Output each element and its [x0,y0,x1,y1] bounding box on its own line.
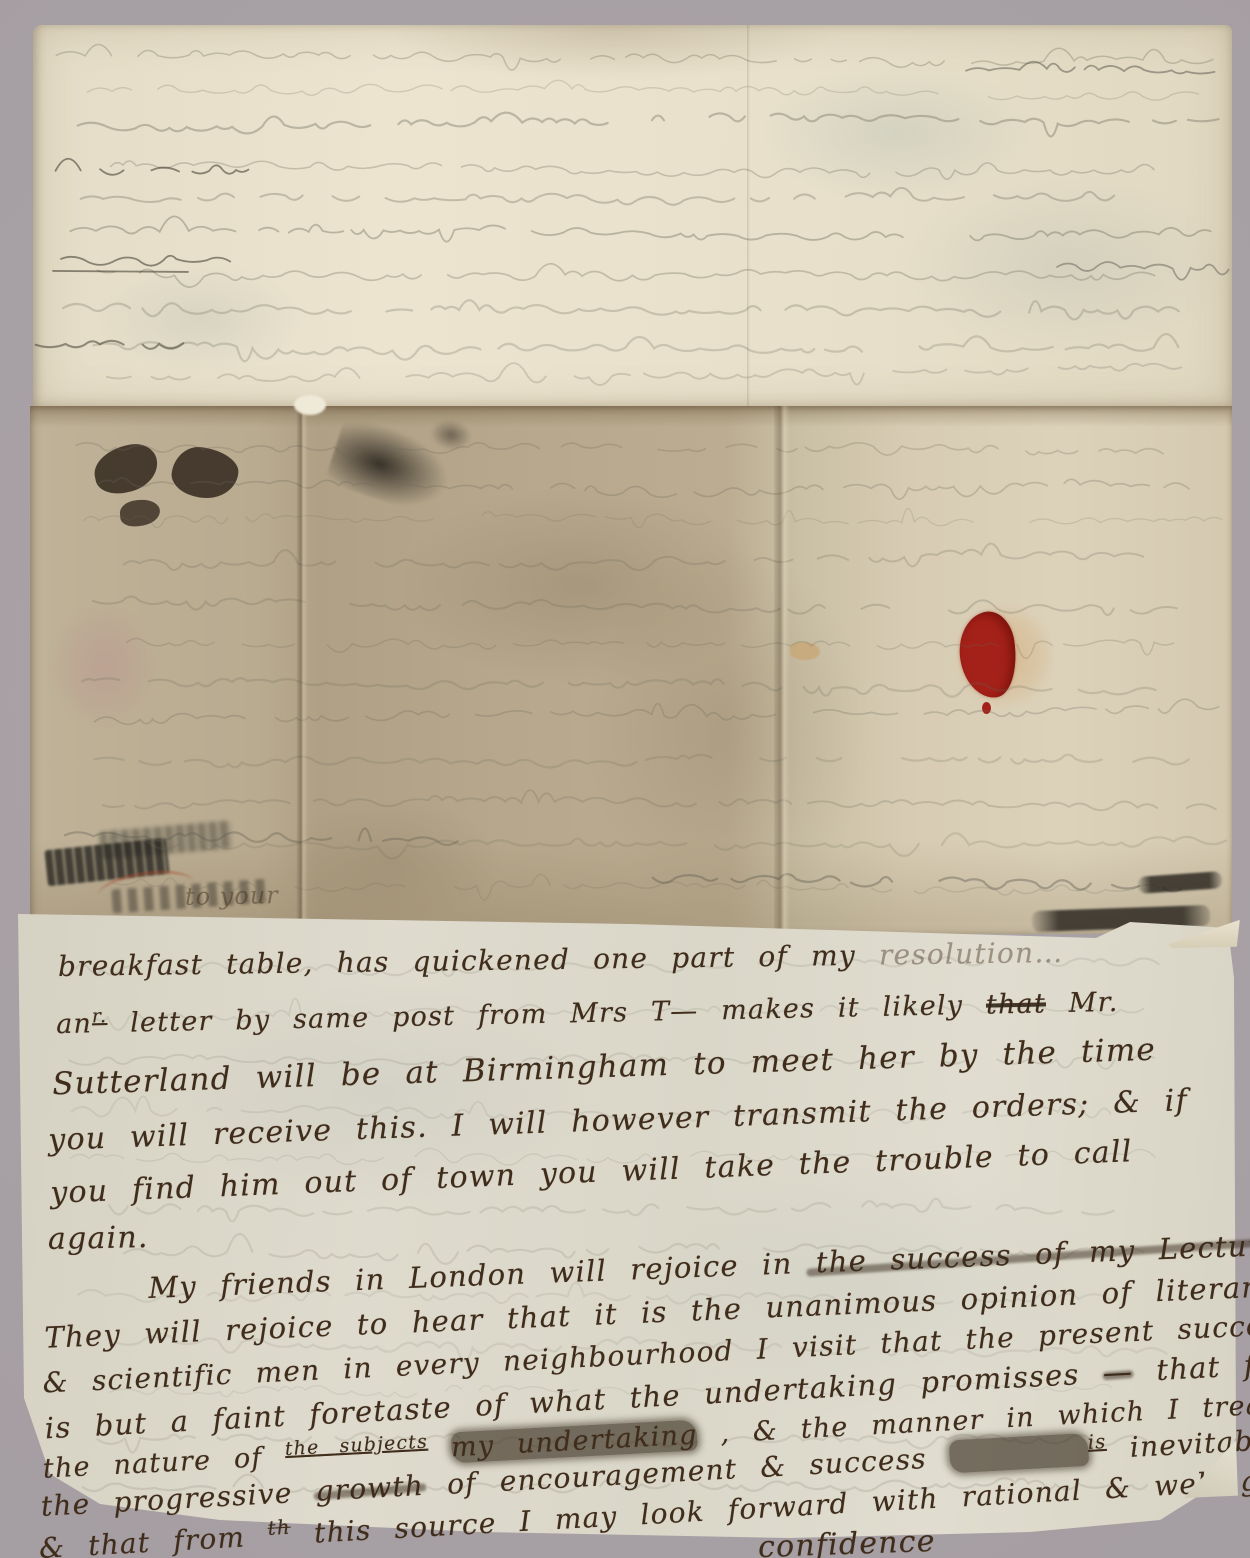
paper-address-panel: Mr T. HardyShoe warehouseFleet StreetLon… [30,406,1232,934]
bleedthrough-script-top [33,25,1232,412]
letter-text-segment: — [1102,1354,1134,1390]
letter-text-segment: letter by same post from Mrs T— makes it… [107,990,986,1039]
letter-text-segment: that [986,988,1047,1020]
letter-line: again. [48,1220,149,1257]
letter-line: confidence [757,1524,936,1558]
letter-text-segment: growth [315,1469,425,1508]
paper-tear-notch [294,395,326,415]
paper-sheet-top [33,25,1232,412]
letter-body-text: breakfast table, has quickened one part … [30,903,1242,1558]
fold-crease [747,25,750,412]
letter-text-segment: that from [1132,1345,1250,1389]
letter-line: breakfast table, has quickened one part … [58,936,1064,983]
letter-scan: Mr T. HardyShoe warehouseFleet StreetLon… [0,0,1250,1558]
letter-text-segment: & that from [38,1519,269,1558]
letter-text-segment: Mr. [1046,987,1119,1020]
fold-crease [296,406,308,934]
letter-text-segment: the success of my Lectures [815,1227,1250,1279]
letter-text-segment: an [56,1008,93,1040]
letter-text-segment: again. [48,1220,149,1257]
letter-text-segment [427,1432,451,1464]
letter-line: anr. letter by same post from Mrs T— mak… [56,984,1119,1040]
letter-text-segment: th [267,1516,291,1540]
letter-text-segment: is [1087,1430,1107,1454]
letter-text-segment: confidence [757,1524,936,1558]
letter-text-segment [949,1433,1089,1473]
letter-text-segment: breakfast table, has quickened one part … [58,939,879,983]
letter-text-segment: r. [92,1005,108,1027]
letter-text-segment: the subjects [284,1431,428,1460]
letter-text-segment: resolution… [879,936,1064,972]
